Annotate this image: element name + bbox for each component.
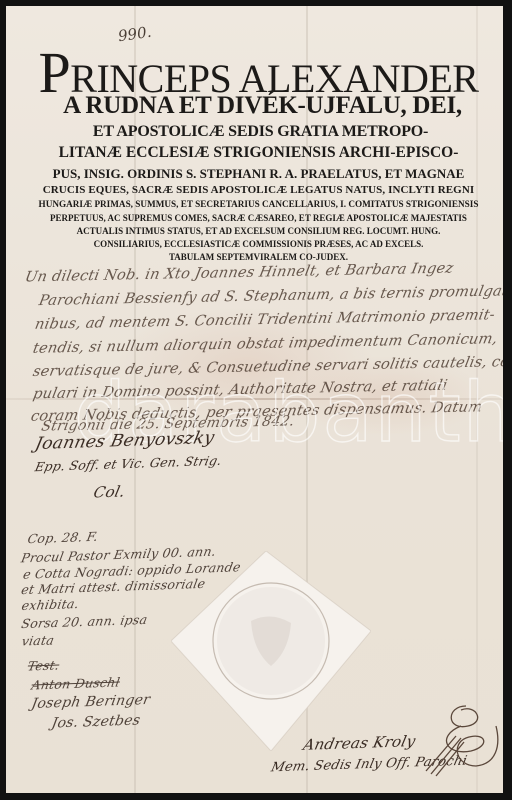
body-line: Un dilecti Nob. in Xto Joannes Hinnelt, …: [24, 261, 455, 286]
margin-note: viata: [21, 632, 56, 648]
margin-note: exhibita.: [20, 596, 80, 613]
header-line: CRUCIS EQUES, SACRÆ SEDIS APOSTOLICÆ LEG…: [10, 184, 503, 196]
header-line: A RUDNA ET DIVÉK-UJFALU, DEI,: [14, 92, 503, 120]
body-line: Parochiani Bessienfy ad S. Stephanum, a …: [37, 283, 503, 309]
header-line: ACTUALIS INTIMUS STATUS, ET AD EXCELSUM …: [10, 226, 503, 236]
header-line: PUS, INSIG. ORDINIS S. STEPHANI R. A. PR…: [10, 166, 503, 182]
document-page: 990. PRINCEPS ALEXANDER A RUDNA ET DIVÉK…: [6, 6, 503, 793]
margin-note: Cop. 28. F.: [26, 529, 99, 546]
catalog-number: 990.: [117, 23, 153, 45]
margin-note: Jos. Szetbes: [50, 712, 141, 731]
header-line: PERPETUUS, AC SUPREMUS COMES, SACRÆ CÆSA…: [10, 213, 503, 223]
signature-flourish-icon: [416, 696, 503, 786]
margin-note: Anton Duschl: [30, 674, 121, 692]
vicar-title: Epp. Soff. et Vic. Gen. Strig.: [34, 453, 224, 474]
scan-frame: 990. PRINCEPS ALEXANDER A RUDNA ET DIVÉK…: [0, 0, 512, 800]
header-line: CONSILIARIUS, ECCLESIASTICÆ COMMISSIONIS…: [10, 239, 503, 249]
collated-mark: Col.: [92, 482, 127, 501]
header-line: ET APOSTOLICÆ SEDIS GRATIA METROPO-: [12, 123, 503, 141]
officiant-signature: Andreas Kroly: [302, 732, 418, 754]
header-line: HUNGARIÆ PRIMAS, SUMMUS, ET SECRETARIUS …: [10, 199, 503, 209]
margin-note: Sorsa 20. ann. ipsa: [20, 612, 148, 631]
margin-note: Test.: [27, 657, 61, 673]
header-line: LITANÆ ECCLESIÆ STRIGONIENSIS ARCHI-EPIS…: [10, 144, 503, 162]
